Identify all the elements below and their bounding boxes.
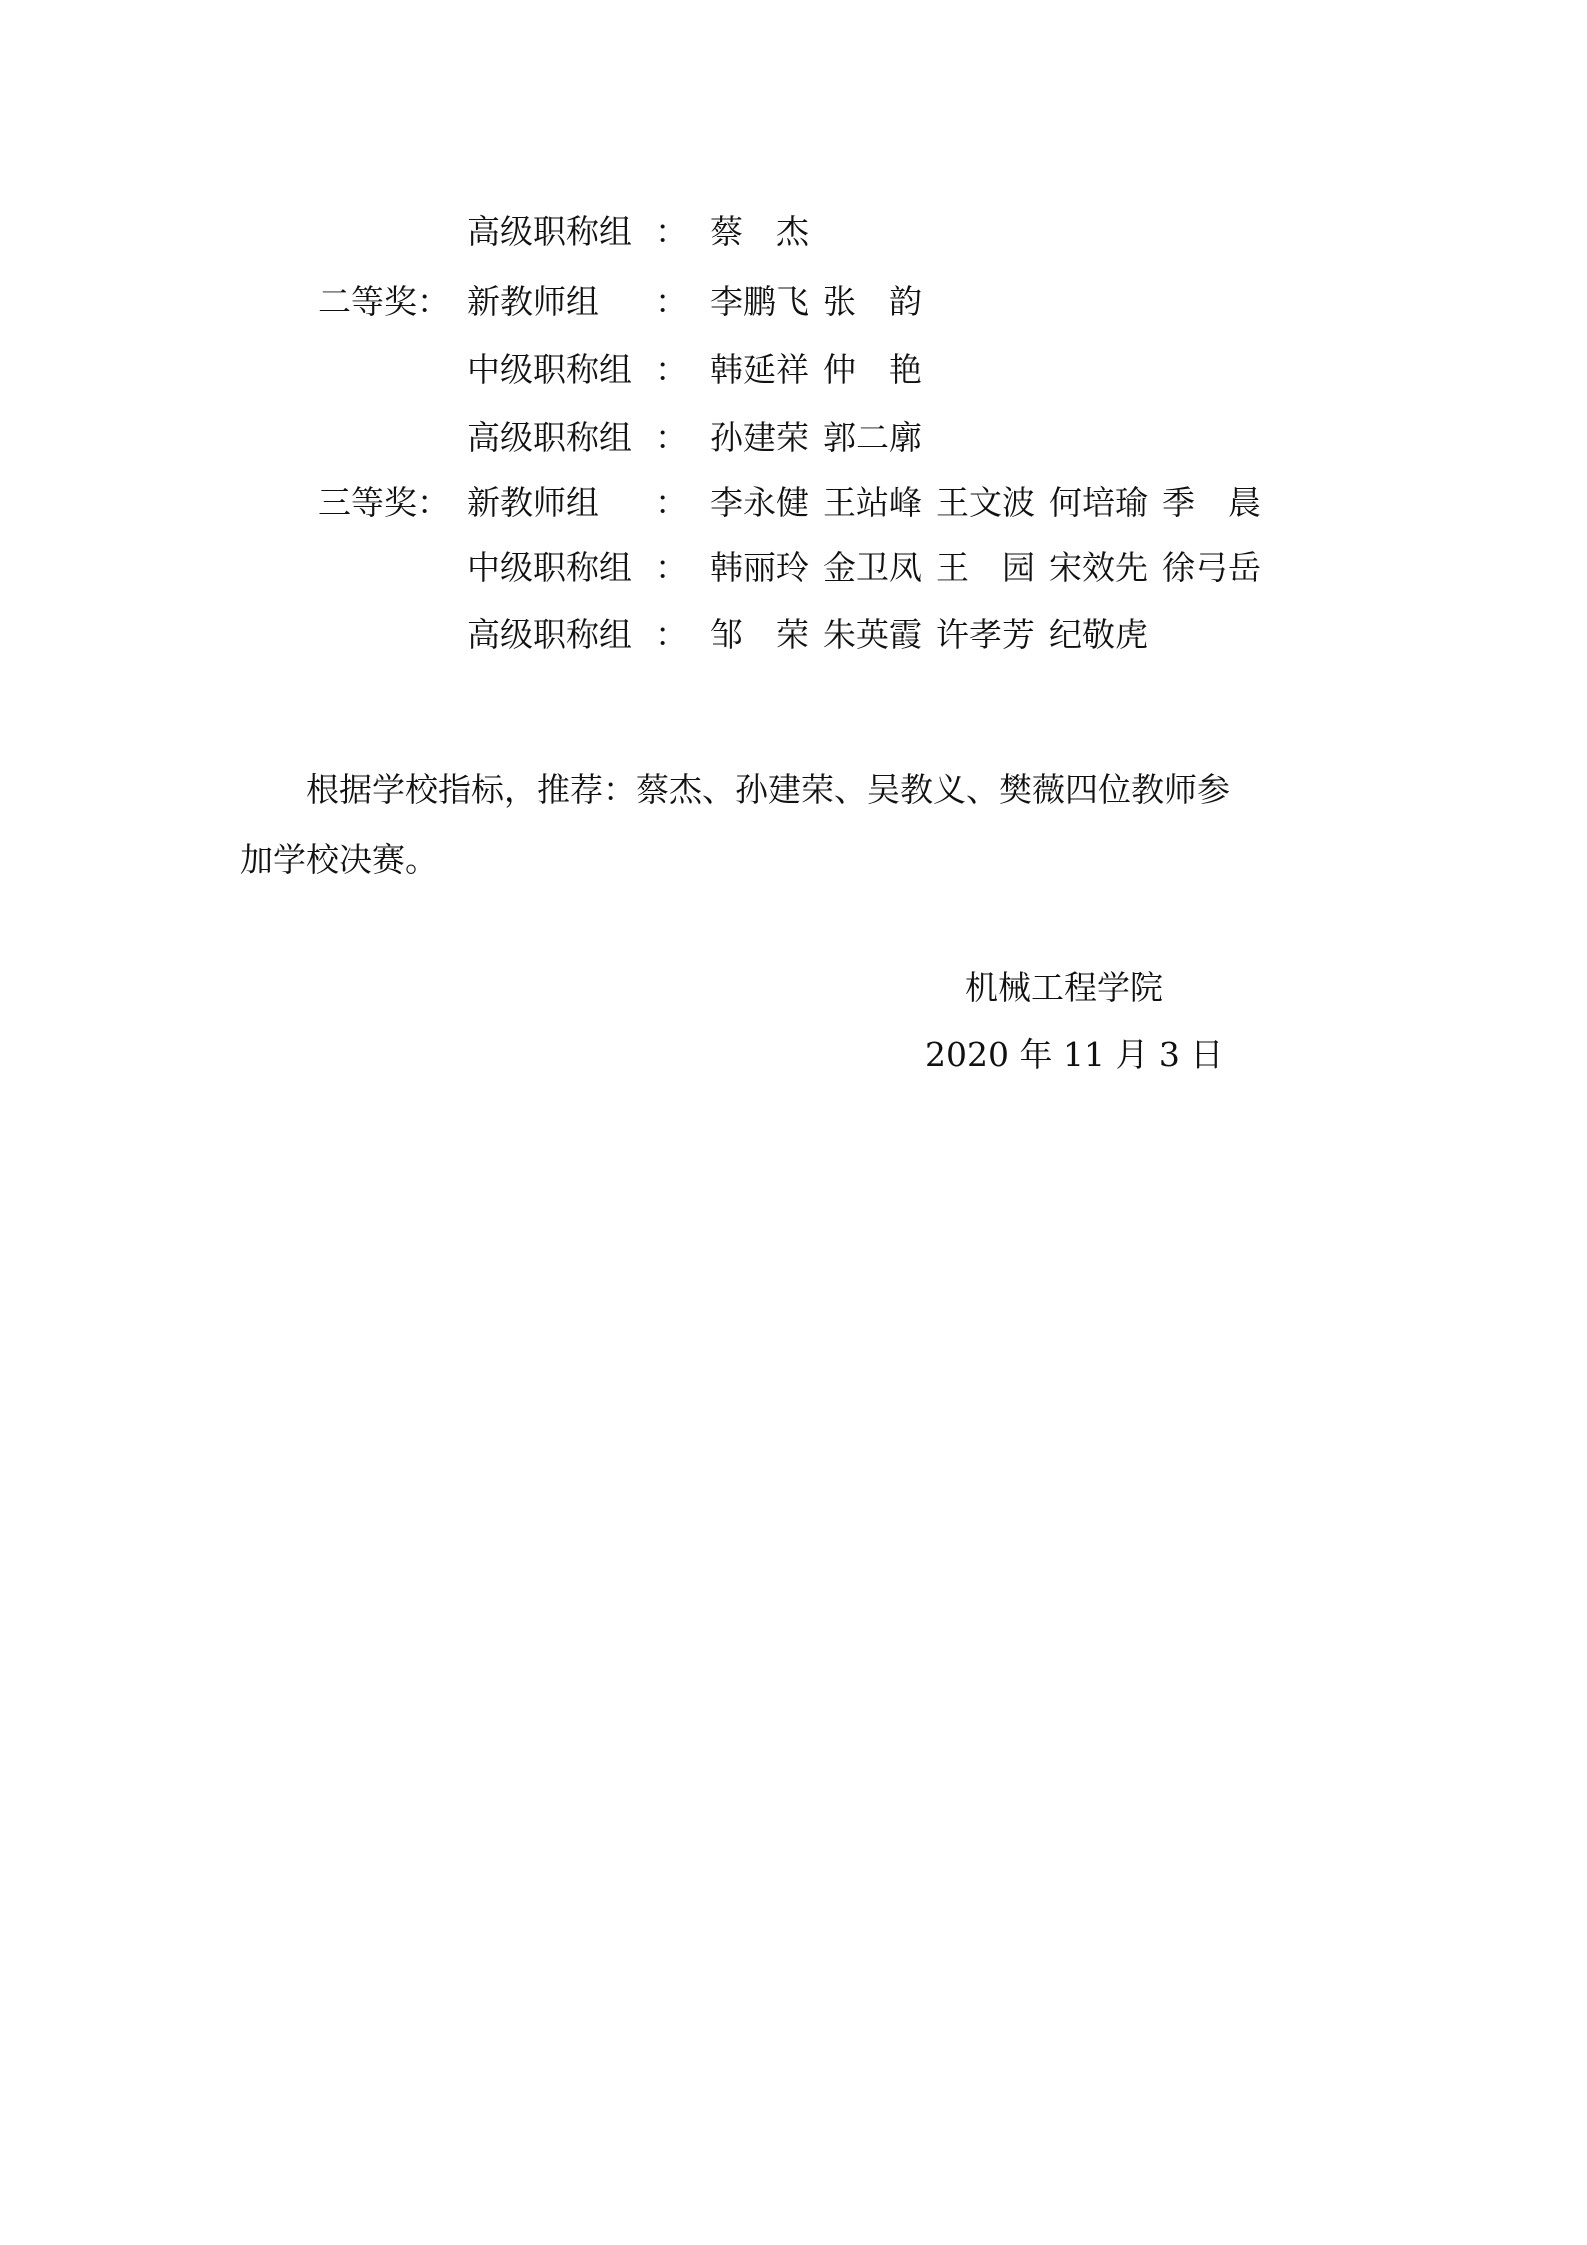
signature-date: 2020 年 11 月 3 日 — [925, 1035, 1223, 1075]
winner-name: 宋效先 — [1049, 548, 1148, 587]
winner-name: 王文波 — [936, 483, 1035, 522]
colon: ： — [655, 350, 688, 390]
award-level: 三等奖： — [318, 483, 450, 523]
recommendation-line-2: 加学校决赛。 — [240, 840, 1360, 880]
group-label: 中级职称组 — [467, 548, 632, 588]
winner-name: 何培瑜 — [1049, 483, 1148, 522]
winner-name: 许孝芳 — [936, 615, 1035, 654]
colon: ： — [655, 548, 688, 588]
colon: ： — [655, 483, 688, 523]
winner-name: 孙建荣 — [710, 418, 809, 457]
winner-name: 朱英霞 — [823, 615, 922, 654]
winner-name: 韩延祥 — [710, 350, 809, 389]
winner-name: 徐弓岳 — [1162, 548, 1261, 587]
organization-signature: 机械工程学院 — [965, 968, 1163, 1008]
winner-names: 李鹏飞张 韵 — [710, 282, 936, 322]
group-label: 高级职称组 — [467, 212, 632, 252]
group-label: 高级职称组 — [467, 615, 632, 655]
winner-name: 李鹏飞 — [710, 282, 809, 321]
winner-names: 韩丽玲金卫凤王 园宋效先徐弓岳 — [710, 548, 1275, 588]
winner-name: 季 晨 — [1162, 483, 1261, 522]
winner-name: 纪敬虎 — [1049, 615, 1148, 654]
group-label: 高级职称组 — [467, 418, 632, 458]
award-level: 二等奖： — [318, 282, 450, 322]
winner-name: 仲 艳 — [823, 350, 922, 389]
winner-name: 郭二廓 — [823, 418, 922, 457]
colon: ： — [655, 282, 688, 322]
winner-names: 李永健王站峰王文波何培瑜季 晨 — [710, 483, 1275, 523]
group-label: 新教师组 — [467, 483, 599, 523]
colon: ： — [655, 615, 688, 655]
winner-name: 王 园 — [936, 548, 1035, 587]
winner-names: 蔡 杰 — [710, 212, 823, 252]
winner-names: 邹 荣朱英霞许孝芳纪敬虎 — [710, 615, 1162, 655]
colon: ： — [655, 418, 688, 458]
group-label: 新教师组 — [467, 282, 599, 322]
winner-name: 张 韵 — [823, 282, 922, 321]
winner-names: 韩延祥仲 艳 — [710, 350, 936, 390]
winner-names: 孙建荣郭二廓 — [710, 418, 936, 458]
winner-name: 韩丽玲 — [710, 548, 809, 587]
winner-name: 李永健 — [710, 483, 809, 522]
colon: ： — [655, 212, 688, 252]
winner-name: 金卫凤 — [823, 548, 922, 587]
group-label: 中级职称组 — [467, 350, 632, 390]
winner-name: 王站峰 — [823, 483, 922, 522]
winner-name: 邹 荣 — [710, 615, 809, 654]
recommendation-line-1: 根据学校指标，推荐：蔡杰、孙建荣、吴教义、樊薇四位教师参 — [240, 770, 1360, 810]
winner-name: 蔡 杰 — [710, 212, 809, 251]
